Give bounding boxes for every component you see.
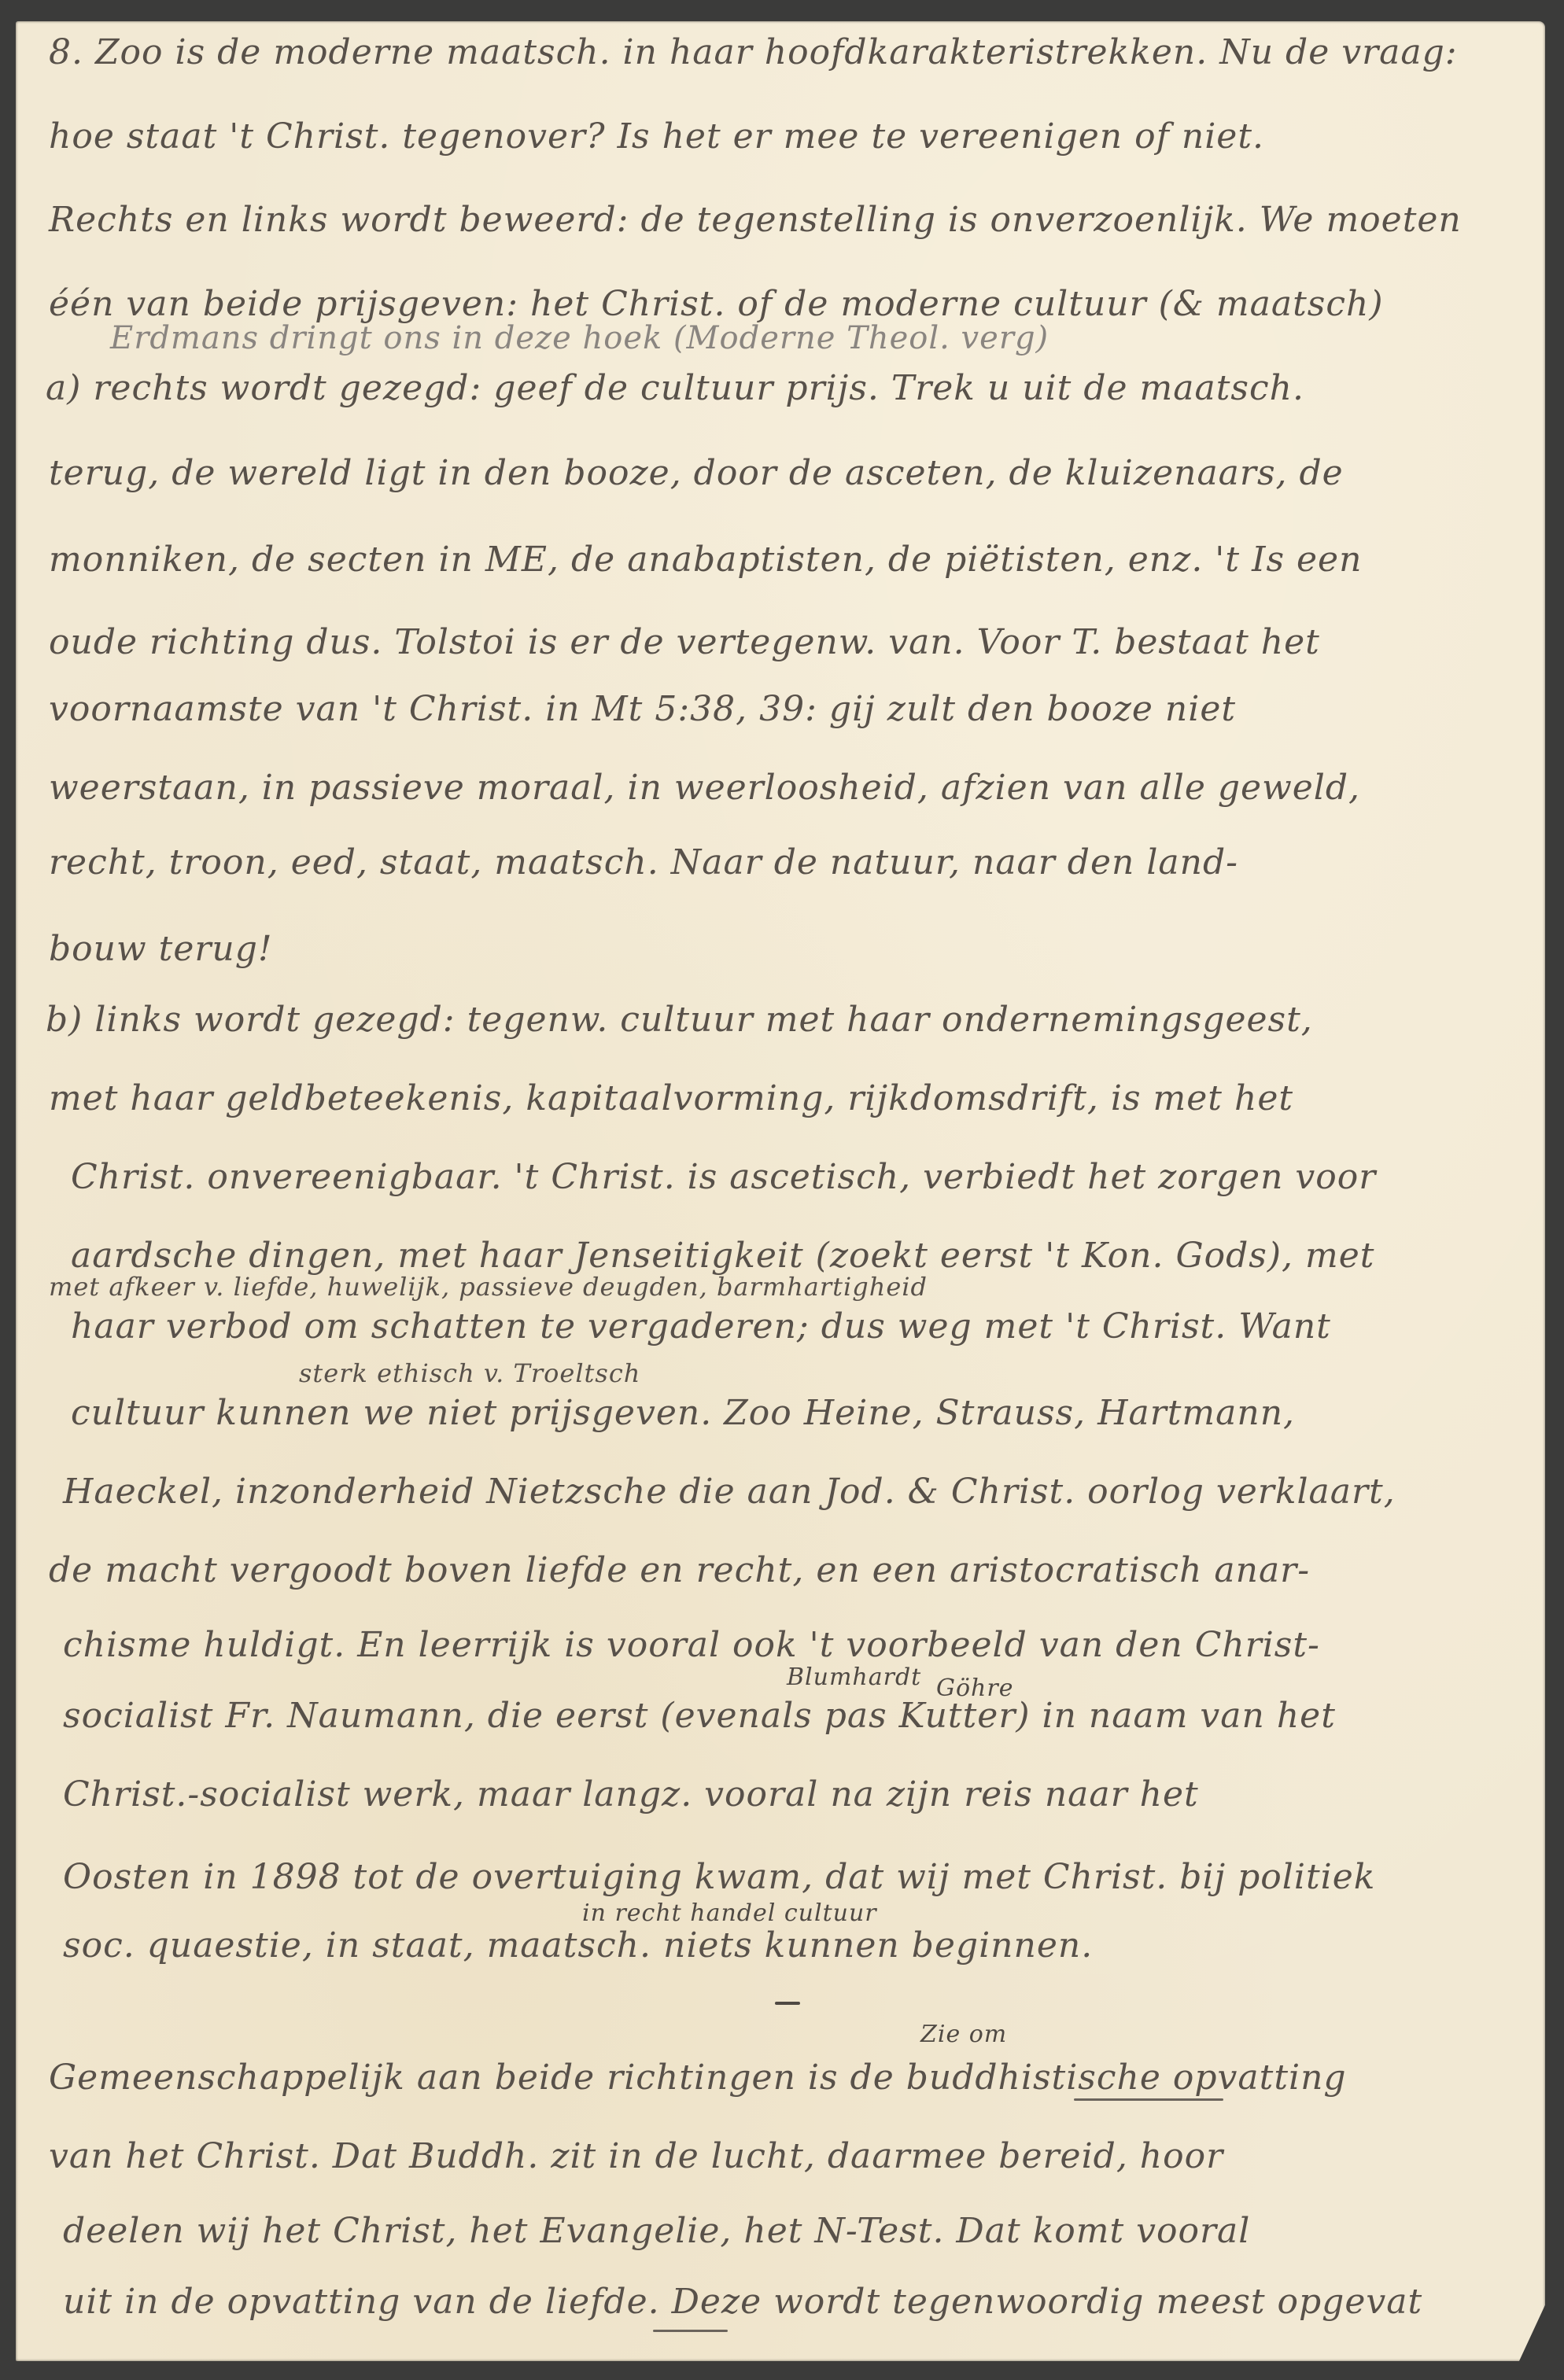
interlinear-insertion-zie-om: Zie om [920, 2023, 1007, 2047]
text-line-8: monniken, de secten in ME, de anabaptist… [49, 543, 1362, 577]
section-b-heading-line: b) links wordt gezegd: tegenw. cultuur m… [46, 1003, 1313, 1037]
text-line-7: terug, de wereld ligt in den booze, door… [49, 456, 1344, 491]
underline-liefde [653, 2330, 728, 2332]
text-line-13: bouw terug! [49, 932, 273, 967]
text-line-9: oude richting dus. Tolstoi is er de vert… [49, 625, 1320, 660]
text-line-16: Christ. onvereenigbaar. 't Christ. is as… [71, 1160, 1376, 1195]
text-line-30: soc. quaestie, in staat, maatsch. niets … [63, 1929, 1093, 1963]
pencil-insertion-erdmans: Erdmans dringt ons in deze hoek (Moderne… [110, 322, 1049, 354]
text-line-3: Rechts en links wordt beweerd: de tegens… [49, 203, 1462, 238]
text-line-24: chisme huldigt. En leerrijk is vooral oo… [63, 1628, 1320, 1663]
text-line-15: met haar geldbeteekenis, kapitaalvorming… [49, 1081, 1293, 1116]
section-divider-dash [775, 2002, 800, 2005]
text-line-11: weerstaan, in passieve moraal, in weerlo… [49, 771, 1360, 805]
text-line-19: haar verbod om schatten te vergaderen; d… [71, 1310, 1331, 1344]
interlinear-insertion-troeltsch: sterk ethisch v. Troeltsch [299, 1361, 640, 1386]
interlinear-insertion-recht-handel-cultuur: in recht handel cultuur [582, 1902, 877, 1925]
section-a-heading-line: a) rechts wordt gezegd: geef de cultuur … [46, 371, 1304, 406]
underline-buddhistische [1074, 2098, 1223, 2101]
interlinear-insertion-afkeer: met afkeer v. liefde, huwelijk, passieve… [49, 1274, 928, 1299]
text-line-21: cultuur kunnen we niet prijsgeven. Zoo H… [71, 1396, 1295, 1431]
text-line-23: de macht vergoodt boven liefde en recht,… [49, 1553, 1310, 1588]
text-line-26: socialist Fr. Naumann, die eerst (evenal… [63, 1699, 1336, 1733]
text-line-33: van het Christ. Dat Buddh. zit in de luc… [49, 2139, 1223, 2174]
text-line-1: 8. Zoo is de moderne maatsch. in haar ho… [49, 35, 1458, 70]
text-line-34: deelen wij het Christ, het Evangelie, he… [63, 2214, 1250, 2249]
interlinear-insertion-blumhardt: Blumhardt [787, 1666, 921, 1689]
text-line-28: Oosten in 1898 tot de overtuiging kwam, … [63, 1860, 1375, 1895]
text-line-12: recht, troon, eed, staat, maatsch. Naar … [49, 846, 1238, 880]
text-line-4: één van beide prijsgeven: het Christ. of… [49, 287, 1384, 322]
text-line-32: Gemeenschappelijk aan beide richtingen i… [49, 2061, 1347, 2095]
text-line-2: hoe staat 't Christ. tegenover? Is het e… [49, 120, 1264, 154]
text-line-10: voornaamste van 't Christ. in Mt 5:38, 3… [49, 692, 1236, 727]
text-line-17: aardsche dingen, met haar Jenseitigkeit … [71, 1239, 1374, 1273]
text-line-22: Haeckel, inzonderheid Nietzsche die aan … [63, 1475, 1396, 1509]
text-line-35: uit in de opvatting van de liefde. Deze … [63, 2285, 1422, 2319]
text-line-27: Christ.-socialist werk, maar langz. voor… [63, 1778, 1199, 1812]
